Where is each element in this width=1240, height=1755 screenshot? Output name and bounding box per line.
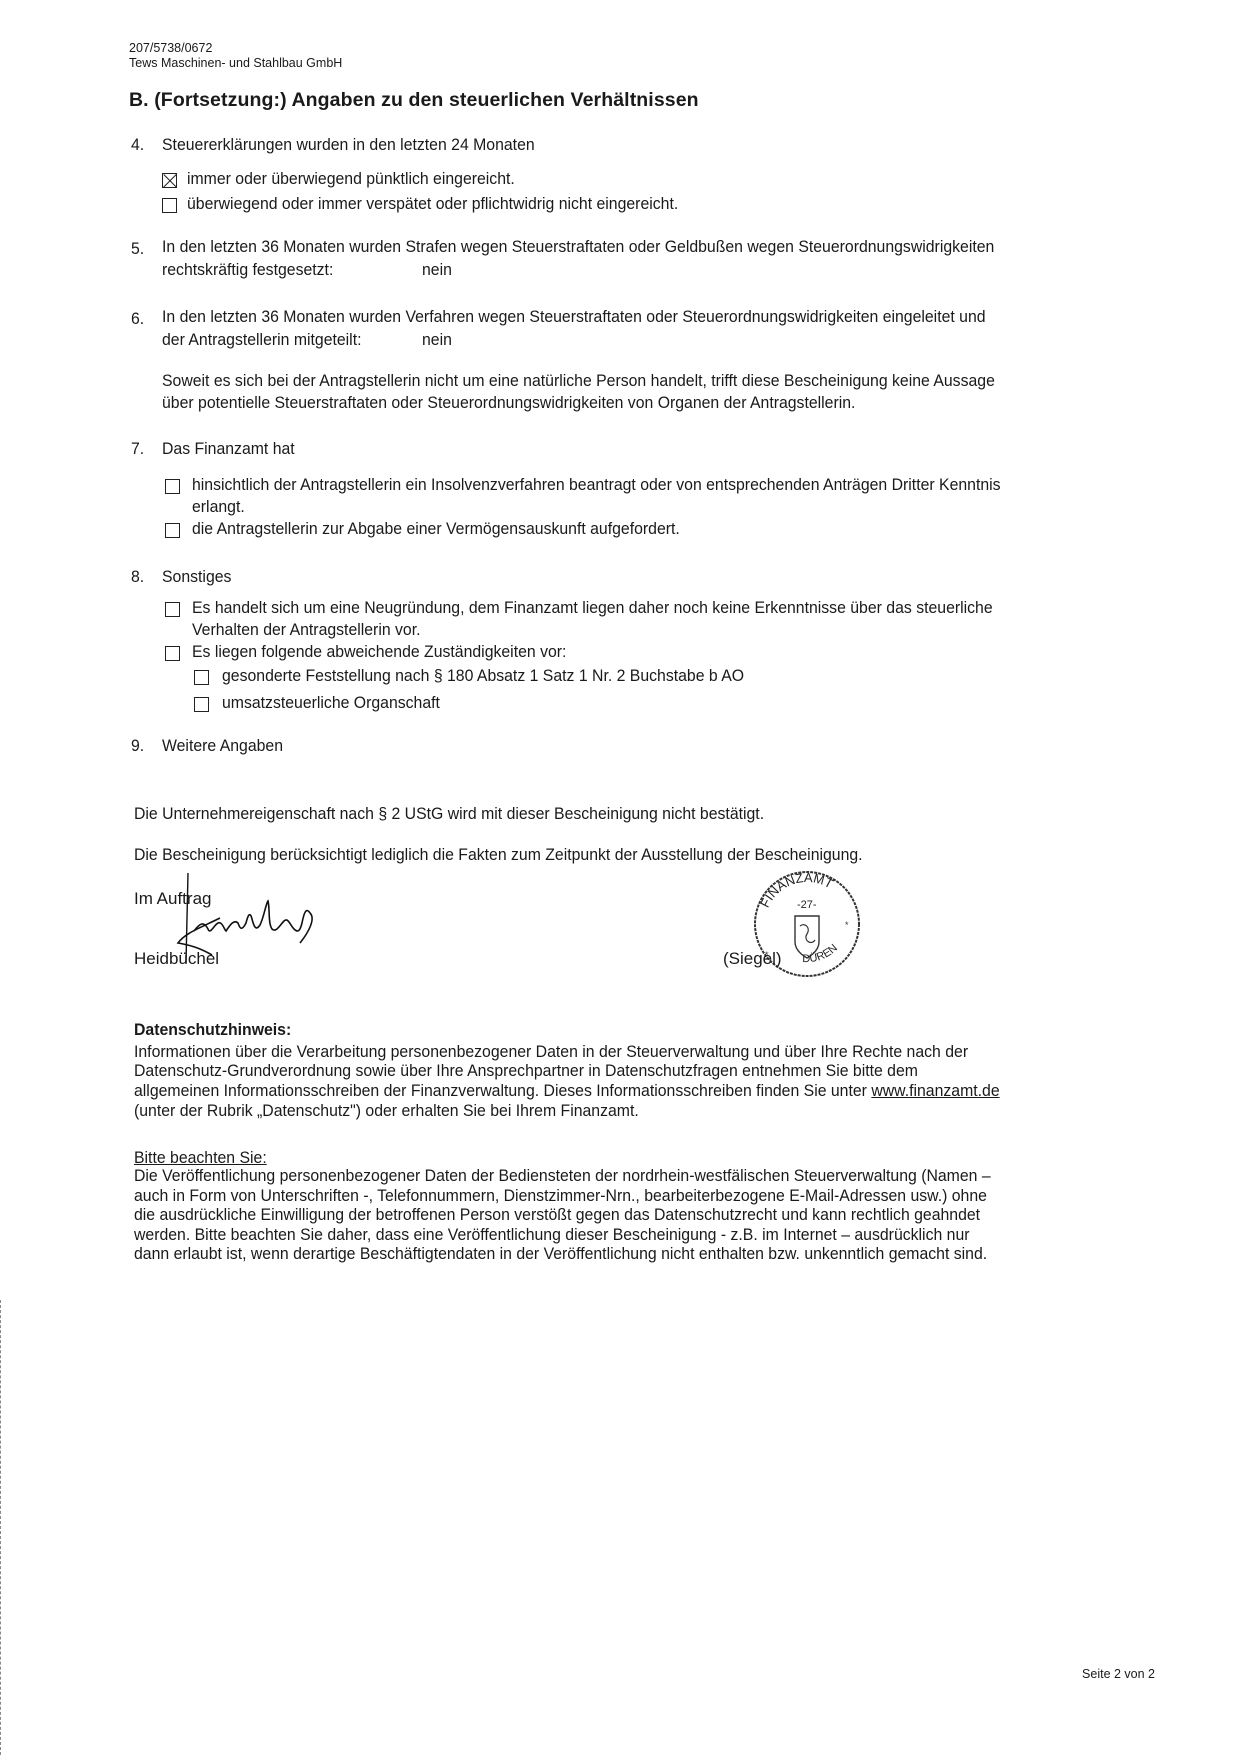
notice-line-3: die ausdrückliche Einwilligung der betro… xyxy=(134,1205,1138,1225)
item-6-line1: In den letzten 36 Monaten wurden Verfahr… xyxy=(162,306,986,328)
signer-name: Heidbüchel xyxy=(134,948,219,969)
item-6-line2: der Antragstellerin mitgeteilt: xyxy=(162,329,361,351)
item-4-text: Steuererklärungen wurden in den letzten … xyxy=(162,134,535,156)
notice-line-1: Die Veröffentlichung personenbezogener D… xyxy=(134,1166,1138,1186)
privacy-line-1: Informationen über die Verarbeitung pers… xyxy=(134,1042,1138,1062)
checkbox-separate-assessment[interactable] xyxy=(194,670,209,685)
item-4-number: 4. xyxy=(131,134,144,156)
notice-line-5: dann erlaubt ist, wenn derartige Beschäf… xyxy=(134,1244,1138,1264)
checkbox-on-time[interactable] xyxy=(162,173,177,188)
item-6-number: 6. xyxy=(131,308,144,330)
svg-text:-27-: -27- xyxy=(797,899,817,911)
section-title: B. (Fortsetzung:) Angaben zu den steuerl… xyxy=(129,89,699,112)
statement-entrepreneur: Die Unternehmereigenschaft nach § 2 UStG… xyxy=(134,803,764,825)
seal-label: (Siegel) xyxy=(723,948,782,969)
item-9-text: Weitere Angaben xyxy=(162,735,283,757)
option-asset-disclosure-label: die Antragstellerin zur Abgabe einer Ver… xyxy=(192,518,680,540)
item-5-number: 5. xyxy=(131,238,144,260)
notice-line-4: werden. Bitte beachten Sie daher, dass e… xyxy=(134,1225,1138,1245)
page-number: Seite 2 von 2 xyxy=(1082,1667,1155,1681)
item-5-line1: In den letzten 36 Monaten wurden Strafen… xyxy=(162,236,994,258)
item-9-number: 9. xyxy=(131,735,144,757)
item-7-number: 7. xyxy=(131,438,144,460)
privacy-line-4: (unter der Rubrik „Datenschutz") oder er… xyxy=(134,1101,1138,1121)
privacy-line-3: allgemeinen Informationsschreiben der Fi… xyxy=(134,1081,1138,1101)
privacy-heading: Datenschutzhinweis: xyxy=(134,1019,291,1041)
option-new-founding-line1: Es handelt sich um eine Neugründung, dem… xyxy=(192,597,993,619)
checkbox-deviating-responsibilities[interactable] xyxy=(165,646,180,661)
option-deviating-responsibilities-label: Es liegen folgende abweichende Zuständig… xyxy=(192,641,566,663)
privacy-line-3-text: allgemeinen Informationsschreiben der Fi… xyxy=(134,1081,871,1100)
item-7-text: Das Finanzamt hat xyxy=(162,438,295,460)
checkbox-insolvency[interactable] xyxy=(165,479,180,494)
option-late-label: überwiegend oder immer verspätet oder pf… xyxy=(187,193,678,215)
privacy-line-2: Datenschutz-Grundverordnung sowie über I… xyxy=(134,1061,1138,1081)
item-6-note-line2: über potentielle Steuerstraftaten oder S… xyxy=(162,392,855,414)
option-new-founding-line2: Verhalten der Antragstellerin vor. xyxy=(192,619,421,641)
item-5-line2: rechtskräftig festgesetzt: xyxy=(162,259,333,281)
scan-edge-divider xyxy=(0,1300,3,1755)
statement-facts: Die Bescheinigung berücksichtigt ledigli… xyxy=(134,844,863,866)
checkbox-asset-disclosure[interactable] xyxy=(165,523,180,538)
suboption-vat-group-label: umsatzsteuerliche Organschaft xyxy=(222,692,440,714)
checkbox-vat-group[interactable] xyxy=(194,697,209,712)
checkbox-new-founding[interactable] xyxy=(165,602,180,617)
company-name: Tews Maschinen- und Stahlbau GmbH xyxy=(129,56,342,71)
option-insolvency-line1: hinsichtlich der Antragstellerin ein Ins… xyxy=(192,474,1001,496)
suboption-separate-assessment-label: gesonderte Feststellung nach § 180 Absat… xyxy=(222,665,744,687)
item-5-answer: nein xyxy=(422,259,452,281)
item-6-answer: nein xyxy=(422,329,452,351)
finanzamt-link[interactable]: www.finanzamt.de xyxy=(871,1081,999,1100)
item-8-number: 8. xyxy=(131,566,144,588)
checkbox-late[interactable] xyxy=(162,198,177,213)
option-on-time-label: immer oder überwiegend pünktlich eingere… xyxy=(187,168,515,190)
notice-heading: Bitte beachten Sie: xyxy=(134,1148,1138,1168)
svg-text:DÜREN: DÜREN xyxy=(802,942,840,965)
reference-number: 207/5738/0672 xyxy=(129,41,212,56)
item-6-note-line1: Soweit es sich bei der Antragstellerin n… xyxy=(162,370,995,392)
svg-text:*: * xyxy=(845,920,849,930)
item-8-text: Sonstiges xyxy=(162,566,231,588)
notice-line-2: auch in Form von Unterschriften -, Telef… xyxy=(134,1186,1138,1206)
option-insolvency-line2: erlangt. xyxy=(192,496,245,518)
